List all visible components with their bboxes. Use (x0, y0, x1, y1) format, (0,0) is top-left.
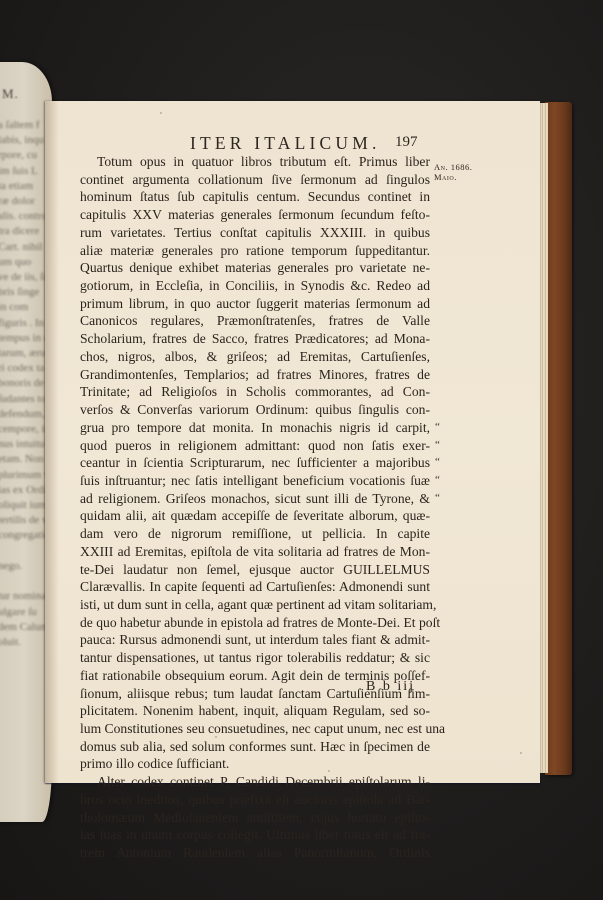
text-line: grua pro tempore dat monita. In monachis… (80, 419, 430, 437)
facing-page-line: nego. (0, 559, 48, 574)
text-line: quod pueros in religionem admittant: quo… (80, 437, 430, 455)
quote-mark: “ (435, 472, 440, 490)
quote-mark: “ (435, 454, 440, 472)
facing-page-line: defendum, g (0, 407, 48, 422)
facing-page-line (0, 574, 48, 589)
text-line: tholomæum Mediolanenſem antiſtitem, cuju… (80, 809, 430, 827)
text-line: bros octo ineditos, quibus præfixa eſt a… (80, 791, 430, 809)
quote-mark: “ (435, 419, 440, 437)
running-head: ITER ITALICUM. (190, 133, 381, 154)
text-line: ad religionem. Griſeos monachos, sicut s… (80, 490, 430, 508)
facing-page-line: tur nominare (0, 589, 48, 604)
text-line: Canonicos regulares, Præmonſtratenſes, f… (80, 312, 430, 330)
text-line: Alter codex continet P. Candidi Decembri… (80, 773, 430, 791)
facing-page-line: ulgare ſu (0, 605, 48, 620)
facing-page-line: ſudantes to (0, 392, 48, 407)
body-text: Totum opus in quatuor libros tributum eſ… (80, 153, 430, 862)
margin-note-year: An. 1686. (434, 162, 472, 172)
text-line: ceantur in ſcientia Scripturarum, nec ſu… (80, 454, 430, 472)
facing-page-line: dem Calumnius (0, 620, 48, 635)
text-line: las ſuas in unum corpus collegit. Ultimu… (80, 826, 430, 844)
text-line: Totum opus in quatuor libros tributum eſ… (80, 153, 430, 171)
signature-mark: B b iij (366, 679, 415, 695)
facing-page-line: ta etiam (0, 179, 48, 194)
quote-mark: “ (435, 490, 440, 508)
text-line: te-Dei laudatur non ſemel, ejusque aucto… (80, 561, 430, 579)
facing-page-line: plurimum vide (0, 468, 48, 483)
facing-page-text: a ſaltem flabis, inqurpore, cuim ſuis Lt… (0, 118, 48, 650)
facing-page-line: a ſaltem f (0, 118, 48, 133)
text-line: Grandimontenſes, Templarios; ad fratres … (80, 366, 430, 384)
facing-page-line: alis. contro (0, 209, 48, 224)
text-line: dam vero de nigrorum remiſſione, ut pell… (80, 525, 430, 543)
text-line: Quartus denique exhibet materias general… (80, 259, 430, 277)
facing-page-line: ve de iis, ſu (0, 270, 48, 285)
facing-page-line: um quo (0, 255, 48, 270)
facing-page-line: rpore, cu (0, 148, 48, 163)
text-line: chos, nigros, albos, & griſeos; ad Eremi… (80, 348, 430, 366)
text-line: verſos & Converſas variorum Ordinum: qui… (80, 401, 430, 419)
text-line: lum Constitutiones seu consuetudines, ne… (80, 720, 430, 738)
facing-page-line: nus intuitu ſit (0, 437, 48, 452)
margin-note: An. 1686. Maio. (434, 162, 472, 182)
facing-page-line: oluit. (0, 635, 48, 650)
text-line: tantur dispensationes, ut tantus rigor t… (80, 649, 430, 667)
text-line: trem Antonium Raudenſem alias Panormitan… (80, 844, 430, 862)
facing-page-line: Cart. nihil (0, 240, 48, 255)
gutter-shadow (45, 101, 59, 783)
facing-page-line: tarum, ærun (0, 346, 48, 361)
facing-page-line: etam. Non mini (0, 452, 48, 467)
margin-note-month: Maio. (434, 172, 472, 182)
facing-page-line: congregatio Cor (0, 528, 48, 543)
facing-page-line: ræ dolor (0, 194, 48, 209)
leather-cover (545, 102, 572, 775)
text-line: primo illo codice ſufficiant. (80, 755, 430, 773)
page-number: 197 (395, 134, 418, 151)
facing-page-line (0, 544, 48, 559)
facing-page-line: cempore, in quo (0, 422, 48, 437)
text-line: Clarævallis. In capite ſequenti ad Cartu… (80, 578, 430, 596)
text-line: aliæ materiæ generales pro ratione tempo… (80, 242, 430, 260)
text-line: hominum ſtatus ſub capitulis centum. Sec… (80, 188, 430, 206)
text-line: Scholarium, fratres de Sacco, fratres Pr… (80, 330, 430, 348)
facing-page-line: labis, inqu (0, 133, 48, 148)
text-line: de quo habetur abunde in epistola ad fra… (80, 614, 430, 632)
text-line: capitulis XXV materias generales ſermonu… (80, 206, 430, 224)
text-line: isti, ut dum sunt in cella, agant quæ pe… (80, 596, 430, 614)
facing-page-running-head: M. (2, 86, 19, 102)
text-line: pauca: Rursus admonendi sunt, ut interdu… (80, 631, 430, 649)
text-line: XXIII ad Eremitas, epiſtola de vita soli… (80, 543, 430, 561)
facing-page-line: ias ex Ordine (0, 483, 48, 498)
facing-page-line: tra dicere (0, 224, 48, 239)
facing-page-line: ri codex ta (0, 361, 48, 376)
facing-page-line: im ſuis L (0, 164, 48, 179)
text-line: continet argumenta collationum ſive ſerm… (80, 171, 430, 189)
text-line: primum librum, in quo auctor ſuggerit ma… (80, 295, 430, 313)
text-line: domus sub alia, sed solum conformes sunt… (80, 738, 430, 756)
facing-page-line: bonoris de vo (0, 376, 48, 391)
facing-page-line: oliquit ium (0, 498, 48, 513)
facing-page-line: tempus in ul (0, 331, 48, 346)
margin-quote-marks: “““““ (435, 419, 440, 508)
facing-page-line: tertilis de vita (0, 513, 48, 528)
text-line: gotiorum, in Eccleſia, in Conciliis, in … (80, 277, 430, 295)
text-line: plicitatem. Nonenim habent, inquit, aliq… (80, 702, 430, 720)
facing-page-line: in com (0, 300, 48, 315)
text-line: rum varietates. Tertius conſtat capituli… (80, 224, 430, 242)
quote-mark: “ (435, 437, 440, 455)
facing-page-line: figuris . In lo (0, 316, 48, 331)
text-line: quidam alii, ait quædam accepiſſe de ſev… (80, 507, 430, 525)
text-line: ſuis inſtruantur; nec ſatis intelligant … (80, 472, 430, 490)
text-line: Trinitate; ad Religioſos in Scholis comm… (80, 383, 430, 401)
facing-page-line: bris ſinge (0, 285, 48, 300)
